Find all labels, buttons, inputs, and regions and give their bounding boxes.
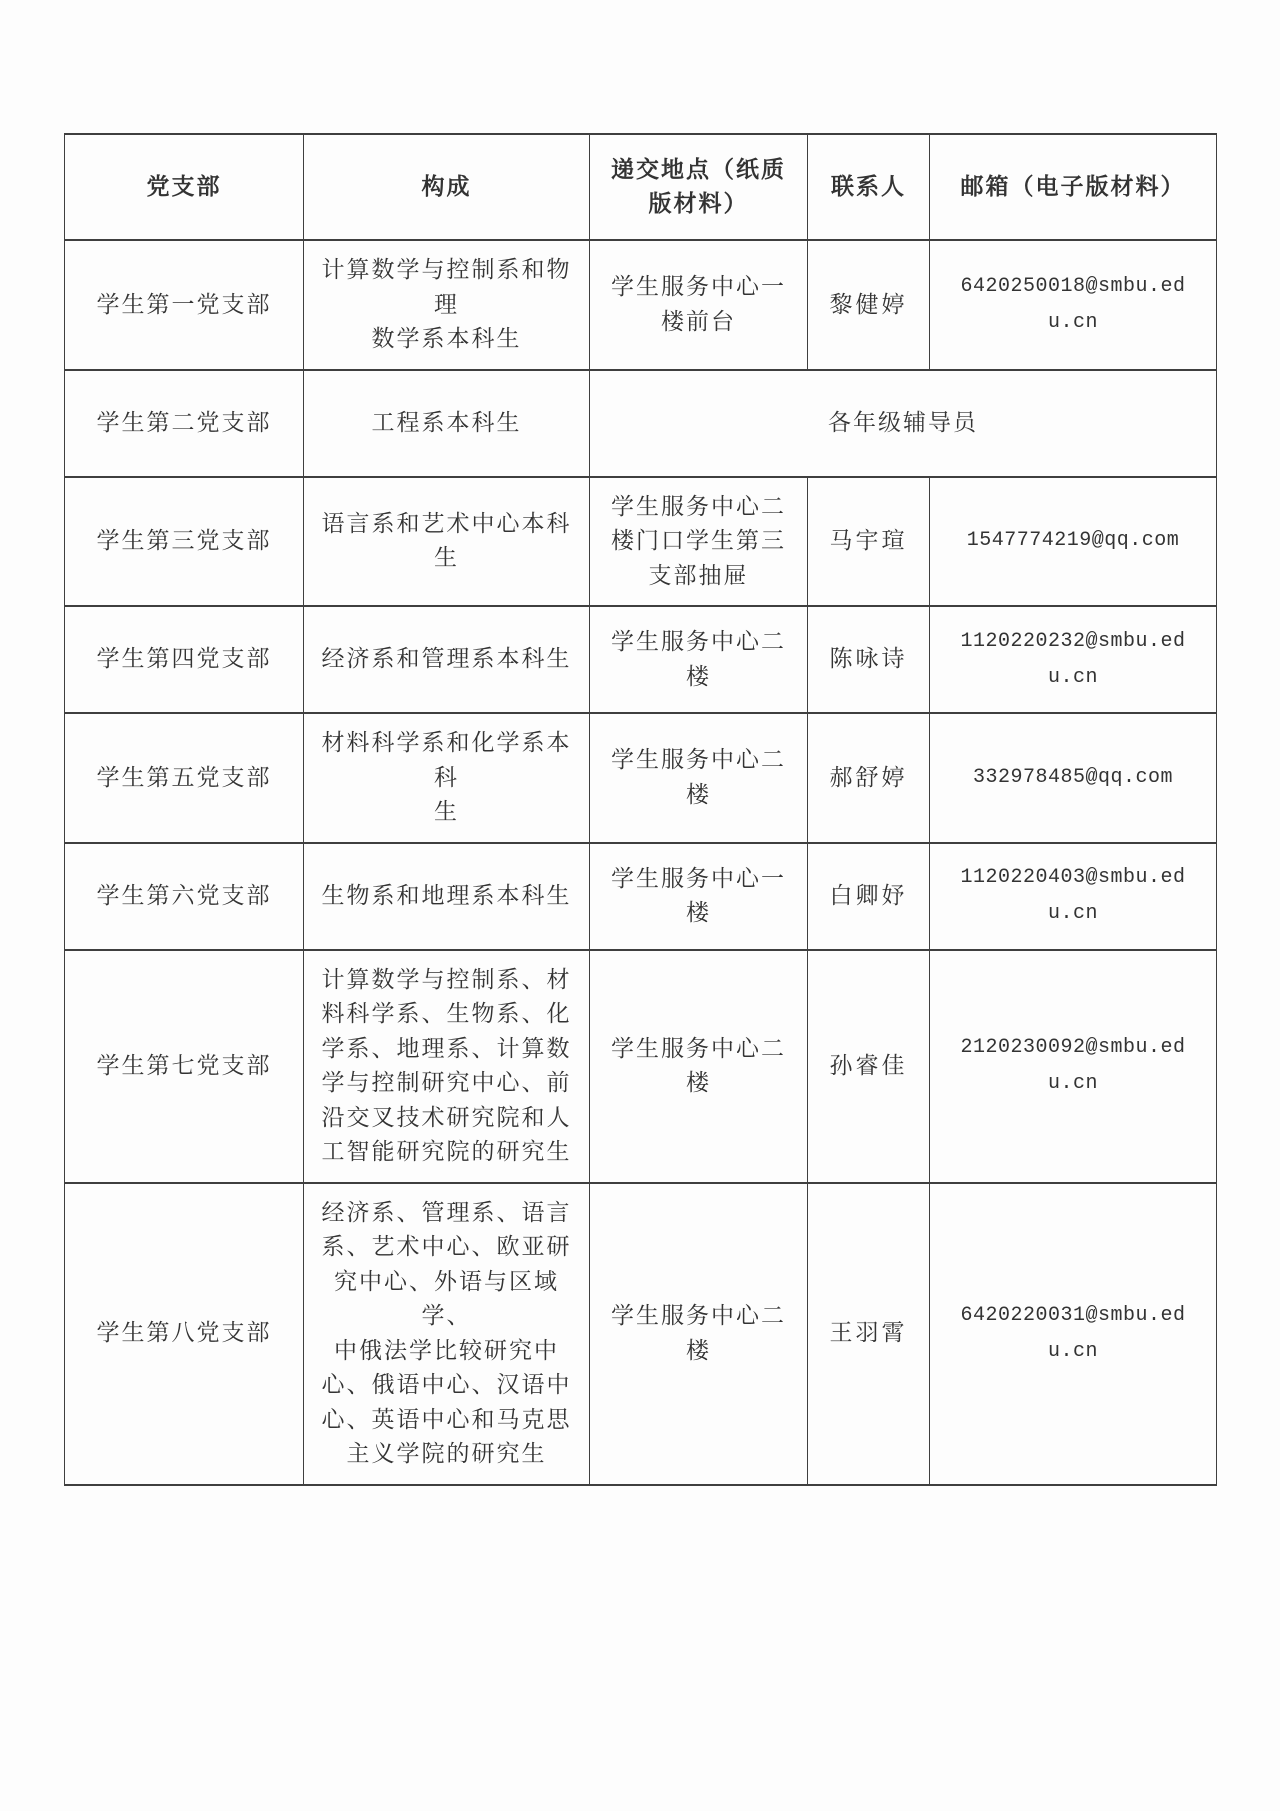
cell-email: 1547774219@qq.com — [930, 477, 1217, 607]
cell-email: 6420220031@smbu.ed u.cn — [930, 1183, 1217, 1485]
table-row: 学生第六党支部 生物系和地理系本科生 学生服务中心一 楼 白卿妤 1120220… — [65, 843, 1217, 950]
cell-composition: 计算数学与控制系、材 料科学系、生物系、化 学系、地理系、计算数 学与控制研究中… — [304, 950, 590, 1183]
cell-location: 学生服务中心二 楼 — [590, 950, 808, 1183]
cell-composition: 工程系本科生 — [304, 370, 590, 477]
cell-contact: 马宇瑄 — [808, 477, 930, 607]
cell-email: 6420250018@smbu.ed u.cn — [930, 240, 1217, 370]
party-branch-table: 党支部 构成 递交地点（纸质 版材料） 联系人 邮箱（电子版材料） 学生第一党支… — [64, 133, 1217, 1486]
cell-email: 1120220403@smbu.ed u.cn — [930, 843, 1217, 950]
cell-merged-counselor: 各年级辅导员 — [590, 370, 1217, 477]
cell-composition: 生物系和地理系本科生 — [304, 843, 590, 950]
table-row: 学生第二党支部 工程系本科生 各年级辅导员 — [65, 370, 1217, 477]
header-location: 递交地点（纸质 版材料） — [590, 134, 808, 240]
cell-location: 学生服务中心二 楼门口学生第三 支部抽屉 — [590, 477, 808, 607]
table-row: 学生第八党支部 经济系、管理系、语言 系、艺术中心、欧亚研 究中心、外语与区域学… — [65, 1183, 1217, 1485]
cell-composition: 经济系和管理系本科生 — [304, 606, 590, 713]
cell-contact: 陈咏诗 — [808, 606, 930, 713]
cell-email: 2120230092@smbu.ed u.cn — [930, 950, 1217, 1183]
cell-location: 学生服务中心一 楼 — [590, 843, 808, 950]
cell-branch: 学生第七党支部 — [65, 950, 304, 1183]
cell-email: 1120220232@smbu.ed u.cn — [930, 606, 1217, 713]
header-composition: 构成 — [304, 134, 590, 240]
header-contact: 联系人 — [808, 134, 930, 240]
document-page: 党支部 构成 递交地点（纸质 版材料） 联系人 邮箱（电子版材料） 学生第一党支… — [0, 0, 1280, 1811]
cell-location: 学生服务中心二 楼 — [590, 1183, 808, 1485]
header-branch: 党支部 — [65, 134, 304, 240]
cell-contact: 王羽霄 — [808, 1183, 930, 1485]
cell-branch: 学生第五党支部 — [65, 713, 304, 843]
cell-email: 332978485@qq.com — [930, 713, 1217, 843]
cell-branch: 学生第一党支部 — [65, 240, 304, 370]
cell-location: 学生服务中心二 楼 — [590, 606, 808, 713]
cell-composition: 计算数学与控制系和物理 数学系本科生 — [304, 240, 590, 370]
table-row: 学生第四党支部 经济系和管理系本科生 学生服务中心二 楼 陈咏诗 1120220… — [65, 606, 1217, 713]
cell-contact: 黎健婷 — [808, 240, 930, 370]
cell-location: 学生服务中心一 楼前台 — [590, 240, 808, 370]
table-row: 学生第三党支部 语言系和艺术中心本科 生 学生服务中心二 楼门口学生第三 支部抽… — [65, 477, 1217, 607]
cell-composition: 语言系和艺术中心本科 生 — [304, 477, 590, 607]
table-row: 学生第五党支部 材料科学系和化学系本科 生 学生服务中心二 楼 郝舒婷 3329… — [65, 713, 1217, 843]
table-row: 学生第一党支部 计算数学与控制系和物理 数学系本科生 学生服务中心一 楼前台 黎… — [65, 240, 1217, 370]
cell-composition: 经济系、管理系、语言 系、艺术中心、欧亚研 究中心、外语与区域学、 中俄法学比较… — [304, 1183, 590, 1485]
cell-branch: 学生第六党支部 — [65, 843, 304, 950]
cell-contact: 郝舒婷 — [808, 713, 930, 843]
cell-branch: 学生第八党支部 — [65, 1183, 304, 1485]
cell-branch: 学生第二党支部 — [65, 370, 304, 477]
cell-composition: 材料科学系和化学系本科 生 — [304, 713, 590, 843]
cell-contact: 孙睿佳 — [808, 950, 930, 1183]
cell-branch: 学生第三党支部 — [65, 477, 304, 607]
header-email: 邮箱（电子版材料） — [930, 134, 1217, 240]
cell-contact: 白卿妤 — [808, 843, 930, 950]
table-header-row: 党支部 构成 递交地点（纸质 版材料） 联系人 邮箱（电子版材料） — [65, 134, 1217, 240]
cell-branch: 学生第四党支部 — [65, 606, 304, 713]
table-row: 学生第七党支部 计算数学与控制系、材 料科学系、生物系、化 学系、地理系、计算数… — [65, 950, 1217, 1183]
cell-location: 学生服务中心二 楼 — [590, 713, 808, 843]
